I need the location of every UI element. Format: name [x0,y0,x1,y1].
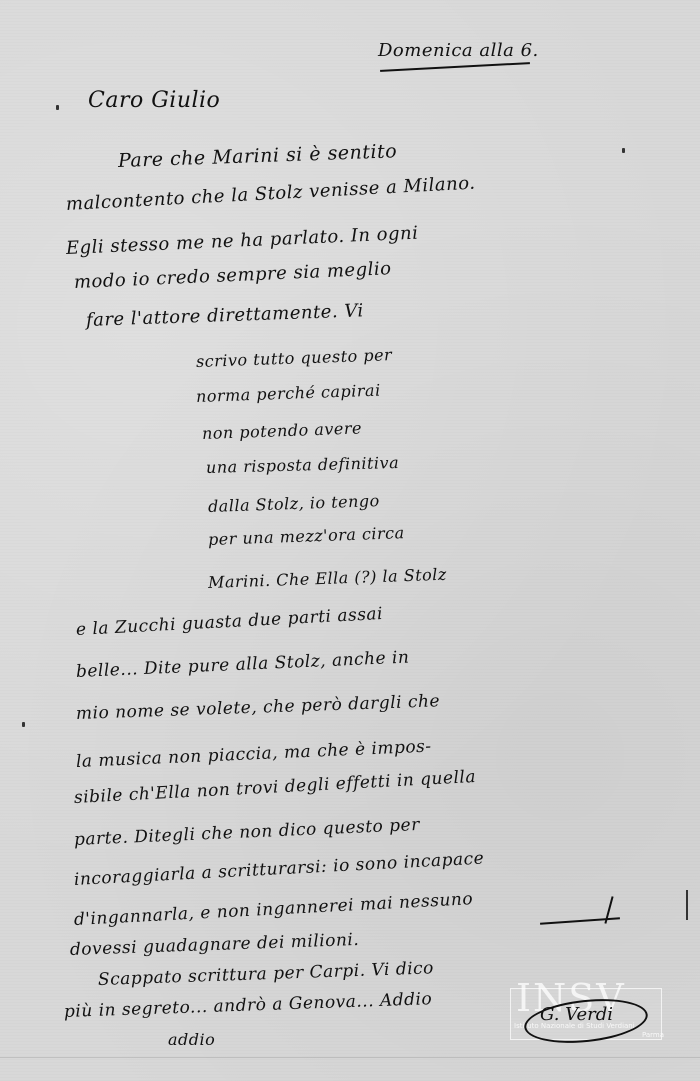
ink-spot [622,148,625,153]
ink-spot [22,722,25,727]
margin-mark [686,890,688,920]
ink-spot [56,105,59,110]
salutation: Caro Giulio [88,88,220,113]
paper-fold-line [0,1057,700,1058]
signature: G. Verdi [540,1004,613,1025]
dateline: Domenica alla 6. [378,40,539,61]
closing-line: addio [168,1030,215,1049]
